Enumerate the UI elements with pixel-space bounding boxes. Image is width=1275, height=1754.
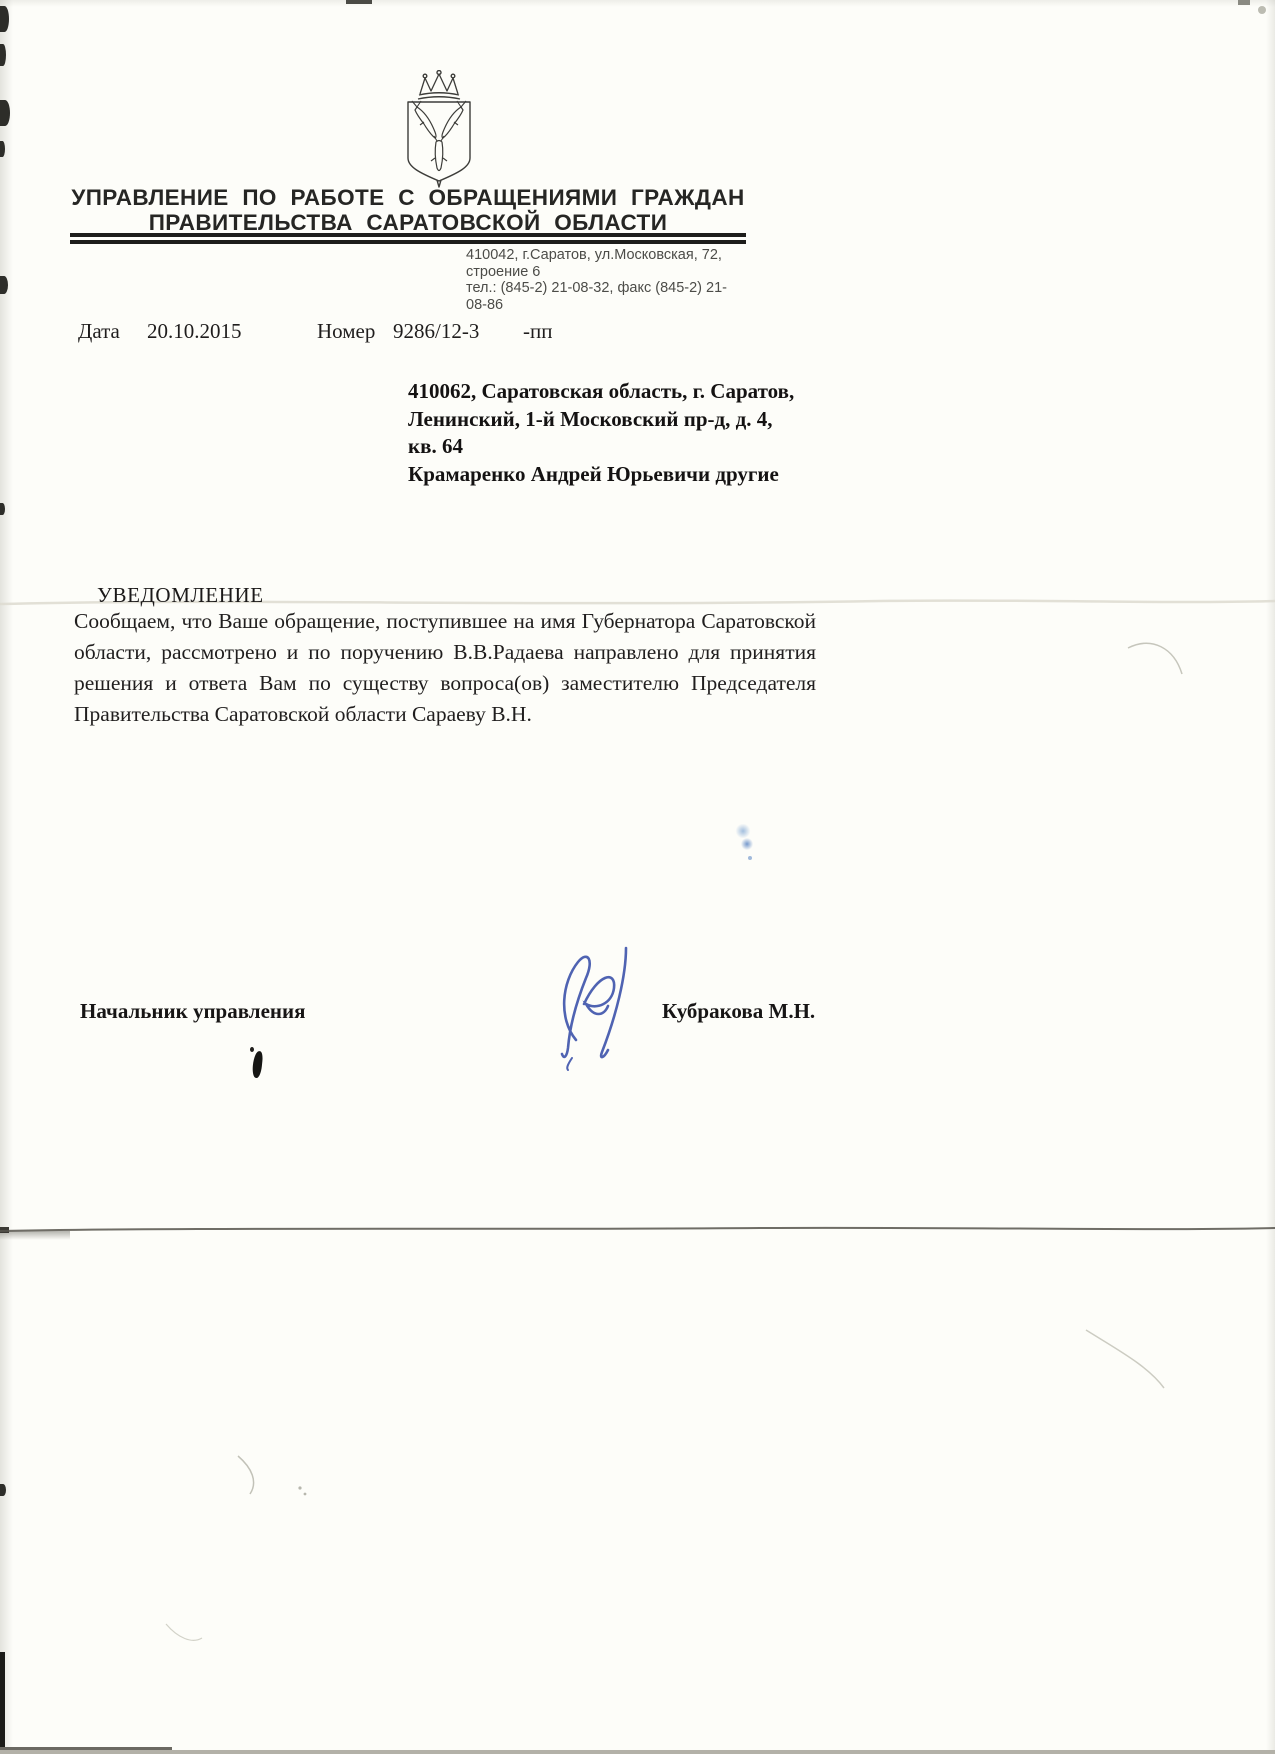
signer-position: Начальник управления <box>80 999 305 1024</box>
scan-edge-mark <box>0 141 5 157</box>
org-header: УПРАВЛЕНИЕ ПО РАБОТЕ С ОБРАЩЕНИЯМИ ГРАЖД… <box>70 186 746 235</box>
scan-edge-mark <box>0 1484 6 1496</box>
scan-edge-mark <box>0 100 10 126</box>
notice-body: Сообщаем, что Ваше обращение, поступивше… <box>74 606 816 730</box>
ink-blot <box>252 1051 264 1079</box>
notice-title: УВЕДОМЛЕНИЕ <box>97 583 264 608</box>
body-line: Сообщаем, что Ваше обращение, поступивше… <box>74 606 816 637</box>
scan-edge-mark <box>0 6 9 32</box>
scan-top-mark <box>346 0 372 4</box>
scan-edge-mark <box>0 44 6 66</box>
scan-bottom-edge <box>0 1750 1275 1754</box>
saratov-coat-of-arms-icon <box>404 70 474 188</box>
fold-crease-mark <box>0 1227 9 1233</box>
org-name-line2: ПРАВИТЕЛЬСТВА САРАТОВСКОЙ ОБЛАСТИ <box>70 211 746 236</box>
org-name-line1: УПРАВЛЕНИЕ ПО РАБОТЕ С ОБРАЩЕНИЯМИ ГРАЖД… <box>70 186 746 211</box>
signer-name: Кубракова М.Н. <box>662 999 815 1024</box>
ink-blot <box>250 1047 254 1052</box>
scan-edge-bar <box>0 1652 5 1754</box>
date-label: Дата <box>78 319 120 344</box>
recipient-line: кв. 64 <box>408 433 838 461</box>
body-line: Правительства Саратовской области Сараев… <box>74 699 816 730</box>
scan-top-mark <box>1238 0 1250 5</box>
handwritten-signature-icon <box>538 940 648 1075</box>
number-suffix: -пп <box>523 319 552 344</box>
body-line: решения и ответа Вам по существу вопроса… <box>74 668 816 699</box>
org-phone-line: тел.: (845-2) 21-08-32, факс (845-2) 21-… <box>466 280 746 313</box>
recipient-block: 410062, Саратовская область, г. Саратов,… <box>408 378 838 488</box>
blue-ink-speck <box>748 856 752 860</box>
recipient-name: Крамаренко Андрей Юрьевичи другие <box>408 461 838 489</box>
org-address-line: 410042, г.Саратов, ул.Московская, 72, ст… <box>466 247 746 280</box>
org-contact-block: 410042, г.Саратов, ул.Московская, 72, ст… <box>466 247 746 313</box>
body-line: области, рассмотрено и по поручению В.В.… <box>74 637 816 668</box>
number-value: 9286/12-3 <box>393 319 479 344</box>
recipient-line: 410062, Саратовская область, г. Саратов, <box>408 378 838 406</box>
blue-ink-speck <box>741 838 753 850</box>
blue-ink-speck <box>735 824 751 838</box>
scan-edge-mark <box>0 276 8 294</box>
fold-crease-shadow <box>0 1231 70 1240</box>
number-label: Номер <box>317 319 375 344</box>
date-value: 20.10.2015 <box>147 319 242 344</box>
scan-edge-mark <box>0 503 5 515</box>
scan-top-mark <box>1258 6 1266 14</box>
scanned-official-letter: УПРАВЛЕНИЕ ПО РАБОТЕ С ОБРАЩЕНИЯМИ ГРАЖД… <box>0 0 1275 1754</box>
recipient-line: Ленинский, 1-й Московский пр-д, д. 4, <box>408 406 838 434</box>
header-divider-rule <box>70 233 746 244</box>
